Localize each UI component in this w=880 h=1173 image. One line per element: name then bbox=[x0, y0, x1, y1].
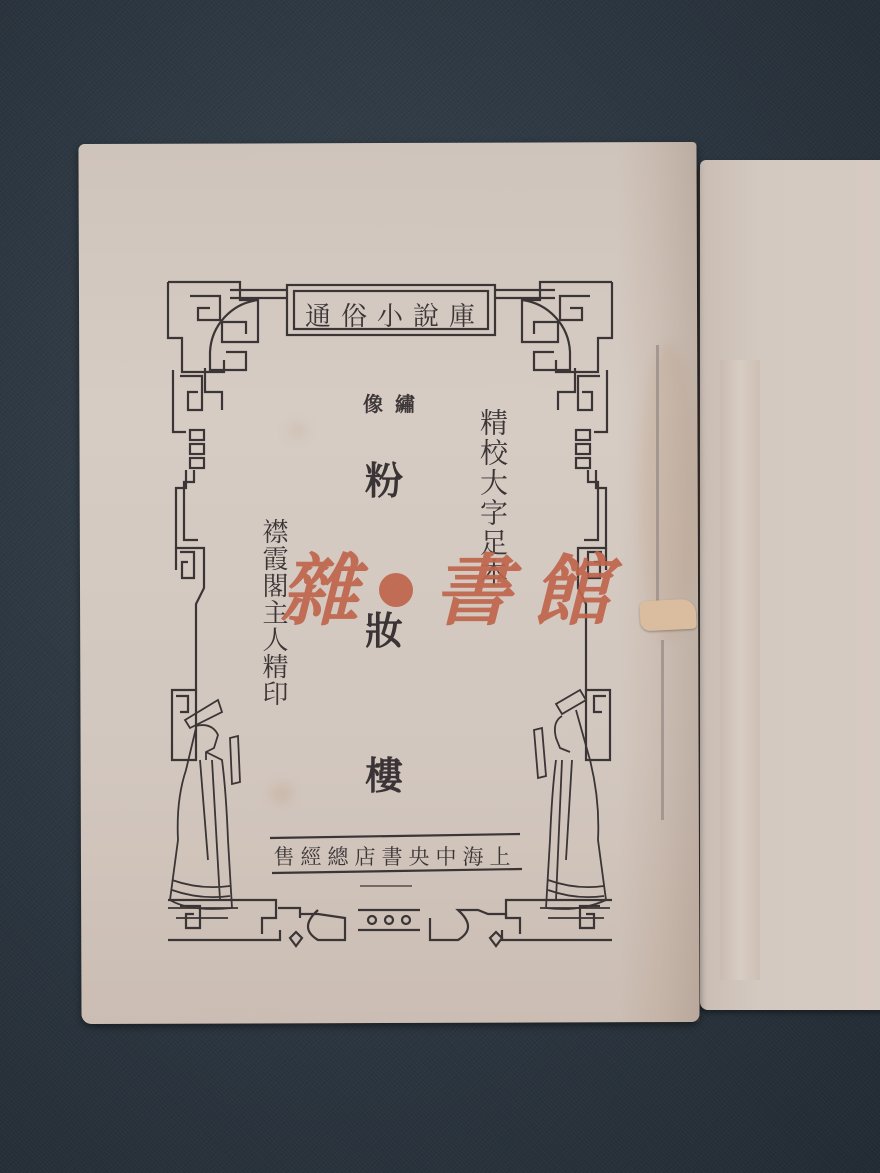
left-figure-illustration bbox=[168, 700, 240, 918]
watermark-char-3: 館 bbox=[532, 529, 610, 641]
watermark-dot-separator bbox=[379, 573, 413, 607]
distributor-line: 上海中央書店總經售 bbox=[270, 841, 520, 871]
watermark-char-2: 書 bbox=[433, 529, 511, 641]
watermark-stamp: 雜 書 館 bbox=[280, 530, 610, 640]
main-title-char-3: 樓 bbox=[365, 745, 403, 800]
watermark-char-1: 雜 bbox=[280, 529, 358, 641]
series-banner-title: 通俗小說庫 bbox=[300, 296, 490, 332]
subtitle-illustrated: 繡像 bbox=[363, 388, 427, 417]
main-title-char-1: 粉 bbox=[365, 450, 403, 505]
right-figure-illustration bbox=[534, 690, 610, 918]
